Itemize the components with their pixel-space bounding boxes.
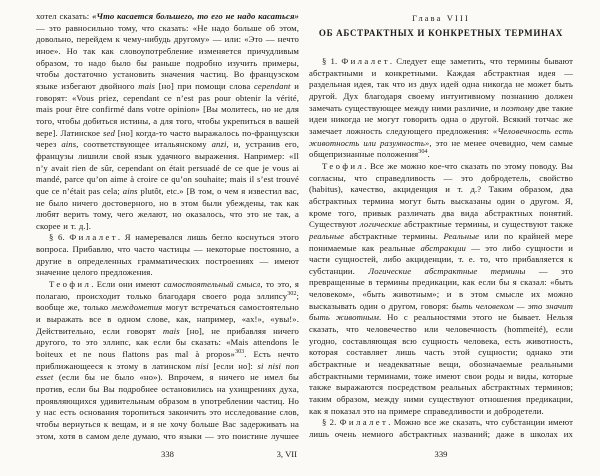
text-segment: ains: [123, 186, 138, 196]
right-page-footer: 339: [309, 449, 573, 459]
text-segment: anzi: [212, 139, 227, 149]
text-segment: cependant: [254, 81, 291, 91]
text-segment: § 2.: [322, 417, 340, 427]
text-segment: nisi: [196, 361, 209, 371]
chapter-title: ОБ АБСТРАКТНЫХ И КОНКРЕТНЫХ ТЕРМИНАХ: [309, 28, 573, 38]
paragraph: хотел сказать: «Что касается большего, т…: [36, 11, 299, 232]
text-segment: , соответствующее итальянскому: [76, 139, 211, 149]
chapter-label: Глава VIII: [309, 14, 573, 23]
text-segment: [но] при помощи слова: [155, 81, 254, 91]
right-page-number: 339: [309, 449, 573, 459]
paragraph: § 2. Филалет. Можно все же сказать, что …: [309, 417, 573, 442]
text-segment: mais: [163, 326, 180, 336]
text-segment: sed: [103, 128, 115, 138]
text-segment: § 1.: [322, 56, 341, 66]
left-page-number: 338: [36, 449, 299, 459]
left-text-column: хотел сказать: «Что касается большего, т…: [36, 11, 299, 441]
text-segment: Теофил: [49, 279, 91, 289]
paragraph: § 6. Филалет. Я намеревался лишь бегло к…: [36, 232, 299, 279]
text-segment: хотел сказать:: [36, 11, 92, 21]
footnote-ref: 303: [235, 348, 244, 355]
text-segment: § 6.: [49, 232, 69, 242]
paragraph: § 1. Филалет. Следует еще заметить, что …: [309, 56, 573, 161]
text-segment: [если но]:: [209, 361, 258, 371]
text-segment: .: [428, 149, 430, 159]
text-segment: Логические абстрактные термины: [368, 266, 525, 276]
text-segment: Филалет: [340, 417, 389, 427]
right-paragraphs: § 1. Филалет. Следует еще заметить, что …: [309, 56, 573, 442]
text-segment: междометия: [112, 302, 163, 312]
text-segment: реальные: [309, 231, 344, 241]
text-segment: Филалет: [69, 232, 118, 242]
text-segment: mais: [138, 81, 155, 91]
text-segment: Реальные: [443, 231, 479, 241]
signature-mark: 3, VII: [277, 449, 297, 459]
footnote-ref: 304: [418, 148, 427, 155]
text-segment: абстрактные термины, и существуют также: [401, 219, 573, 229]
text-segment: ains: [61, 139, 76, 149]
text-segment: . Если они имеют: [91, 279, 163, 289]
text-segment: Теофил: [322, 161, 364, 171]
right-text-column: Глава VIII ОБ АБСТРАКТНЫХ И КОНКРЕТНЫХ Т…: [309, 14, 573, 442]
text-segment: (если бы не было «но»). Впрочем, я ничег…: [36, 372, 299, 441]
text-segment: абстрактные термины.: [344, 231, 443, 241]
text-segment: самостоятельный смысл: [164, 279, 261, 289]
text-segment: логические: [360, 219, 401, 229]
page-left: хотел сказать: «Что касается большего, т…: [0, 0, 300, 476]
text-segment: Филалет: [341, 56, 390, 66]
paragraph: Теофил. Если они имеют самостоятельный с…: [36, 279, 299, 441]
text-segment: абстракции: [420, 243, 466, 253]
page-right: Глава VIII ОБ АБСТРАКТНЫХ И КОНКРЕТНЫХ Т…: [300, 0, 600, 476]
text-segment: . Но с реальностями этого не бывает. Нел…: [309, 312, 573, 415]
text-segment: поэтому: [501, 103, 534, 113]
paragraph: Теофил. Все же можно кое-что сказать по …: [309, 161, 573, 417]
left-page-footer: 338 3, VII: [36, 449, 299, 459]
book-spread: хотел сказать: «Что касается большего, т…: [0, 0, 600, 476]
text-segment: «Что касается большего, то его не надо к…: [92, 11, 299, 21]
